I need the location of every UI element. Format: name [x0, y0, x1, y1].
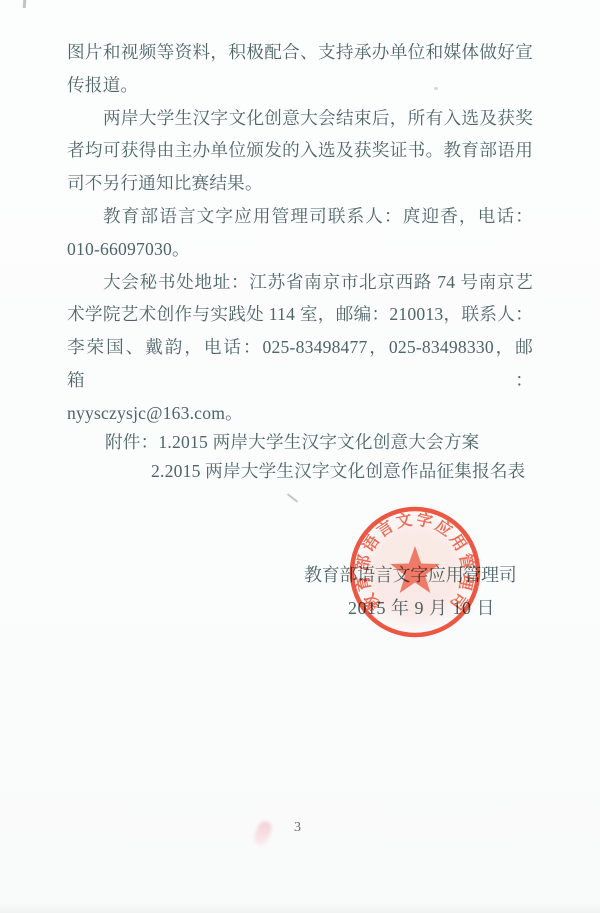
- official-seal: 教育部语言文字应用管理司: [347, 504, 483, 640]
- body-line: 司不另行通知比赛结果。: [67, 167, 533, 200]
- attachment-item-2: 2.2015 两岸大学生汉字文化创意作品征集报名表: [151, 457, 525, 486]
- body-line: 术学院艺术创作与实践处 114 室，邮编：210013，联系人：: [67, 298, 533, 331]
- page-number: 3: [294, 820, 301, 836]
- seal-ink-wash: [353, 510, 477, 634]
- scan-bottom-shade: [0, 903, 600, 913]
- scanned-document-page: 图片和视频等资料，积极配合、支持承办单位和媒体做好宣 传报道。 两岸大学生汉字文…: [0, 0, 600, 913]
- attachments-block: 附件：1.2015 两岸大学生汉字文化创意大会方案 2.2015 两岸大学生汉字…: [105, 428, 525, 487]
- scan-pink-smudge: [252, 819, 274, 846]
- scan-diagonal-mark: [287, 493, 298, 503]
- body-line: 传报道。: [67, 69, 533, 102]
- document-body: 图片和视频等资料，积极配合、支持承办单位和媒体做好宣 传报道。 两岸大学生汉字文…: [67, 36, 533, 430]
- body-line: 010-66097030。: [67, 233, 533, 266]
- scan-mark-top: [23, 0, 27, 8]
- body-line: 者均可获得由主办单位颁发的入选及获奖证书。教育部语用: [67, 134, 533, 167]
- body-line: nyysczysjc@163.com。: [67, 397, 533, 430]
- attachment-item-1: 附件：1.2015 两岸大学生汉字文化创意大会方案: [105, 428, 525, 457]
- body-line: 大会秘书处地址：江苏省南京市北京西路 74 号南京艺: [67, 266, 533, 299]
- body-line: 李荣国、戴韵，电话：025-83498477，025-83498330，邮箱：: [67, 331, 533, 397]
- body-line: 两岸大学生汉字文化创意大会结束后，所有入选及获奖: [67, 102, 533, 135]
- body-line: 图片和视频等资料，积极配合、支持承办单位和媒体做好宣: [67, 36, 533, 69]
- body-line: 教育部语言文字应用管理司联系人：庹迎香，电话：: [67, 200, 533, 233]
